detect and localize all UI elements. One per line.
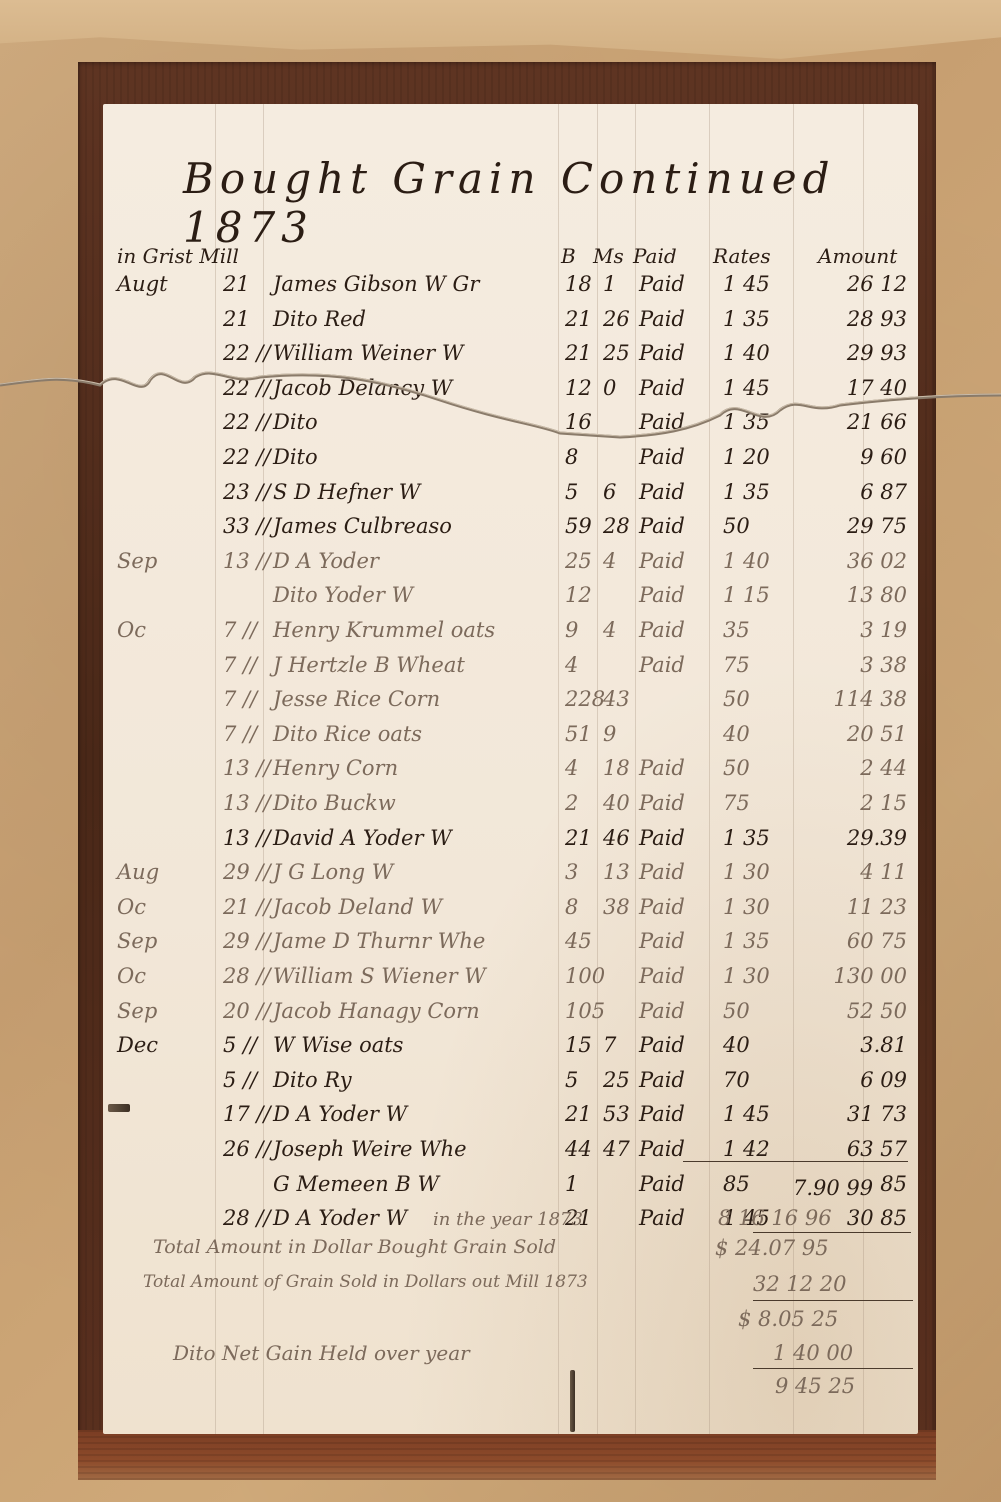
entry-amount: 3.81 bbox=[799, 1033, 907, 1057]
ledger-row: 22 //Dito16Paid1 3521 66 bbox=[103, 410, 918, 444]
entry-pounds: 0 bbox=[603, 376, 616, 400]
entry-paid-status: Paid bbox=[639, 307, 685, 331]
entry-day: 7 // bbox=[223, 653, 257, 677]
entry-day: 17 // bbox=[223, 1102, 271, 1126]
entry-bushels: 21 bbox=[565, 341, 592, 365]
entry-day: 22 // bbox=[223, 341, 271, 365]
entry-amount: 52 50 bbox=[799, 999, 907, 1023]
entry-bushels: 4 bbox=[565, 756, 578, 780]
entry-name: J G Long W bbox=[273, 860, 393, 884]
subtotal-2: 8 16 16 96 bbox=[718, 1206, 832, 1230]
entry-name: D A Yoder W bbox=[273, 1102, 407, 1126]
entry-paid-status: Paid bbox=[639, 1172, 685, 1196]
entry-name: William Weiner W bbox=[273, 341, 463, 365]
ledger-row: 33 //James Culbreaso5928Paid5029 75 bbox=[103, 514, 918, 548]
entry-bushels: 21 bbox=[565, 1102, 592, 1126]
entry-pounds: 13 bbox=[603, 860, 630, 884]
ledger-row: 13 //Henry Corn418Paid502 44 bbox=[103, 756, 918, 790]
column-header-pounds: Ms bbox=[593, 244, 624, 268]
entry-rate: 1 30 bbox=[723, 860, 770, 884]
entry-amount: 9 60 bbox=[799, 445, 907, 469]
entry-bushels: 45 bbox=[565, 929, 592, 953]
entry-paid-status: Paid bbox=[639, 514, 685, 538]
entry-rate: 40 bbox=[723, 1033, 750, 1057]
entry-name: Dito Rice oats bbox=[273, 722, 422, 746]
column-header-amount: Amount bbox=[818, 244, 897, 268]
entry-name: Dito Red bbox=[273, 307, 366, 331]
entry-rate: 75 bbox=[723, 791, 750, 815]
entry-paid-status: Paid bbox=[639, 756, 685, 780]
entry-rate: 1 42 bbox=[723, 1137, 770, 1161]
entry-name: D A Yoder bbox=[273, 549, 379, 573]
entry-pounds: 7 bbox=[603, 1033, 616, 1057]
entry-bushels: 5 bbox=[565, 1068, 578, 1092]
entry-bushels: 12 bbox=[565, 583, 592, 607]
nail bbox=[108, 1104, 130, 1112]
entry-bushels: 9 bbox=[565, 618, 578, 642]
entry-bushels: 8 bbox=[565, 445, 578, 469]
entry-name: Henry Krummel oats bbox=[273, 618, 495, 642]
entry-paid-status: Paid bbox=[639, 1068, 685, 1092]
ledger-row: 17 //D A Yoder W2153Paid1 4531 73 bbox=[103, 1102, 918, 1136]
entry-rate: 1 45 bbox=[723, 1102, 770, 1126]
entry-amount: 36 02 bbox=[799, 549, 907, 573]
entry-amount: 26 12 bbox=[799, 272, 907, 296]
entry-pounds: 28 bbox=[603, 514, 630, 538]
entry-amount: 13 80 bbox=[799, 583, 907, 607]
ledger-page: Bought Grain Continued 1873 in Grist Mil… bbox=[103, 104, 918, 1434]
entry-month: Sep bbox=[117, 999, 157, 1023]
entry-day: 21 // bbox=[223, 895, 271, 919]
entry-rate: 1 35 bbox=[723, 307, 770, 331]
entry-bushels: 2 bbox=[565, 791, 578, 815]
entry-pounds: 26 bbox=[603, 307, 630, 331]
entry-amount: 3 38 bbox=[799, 653, 907, 677]
ledger-row: Oc7 //Henry Krummel oats94Paid353 19 bbox=[103, 618, 918, 652]
entry-name: Dito Ry bbox=[273, 1068, 352, 1092]
entry-bushels: 16 bbox=[565, 410, 592, 434]
entry-amount: 17 40 bbox=[799, 376, 907, 400]
entry-rate: 1 35 bbox=[723, 826, 770, 850]
entry-bushels: 25 bbox=[565, 549, 592, 573]
entry-paid-status: Paid bbox=[639, 272, 685, 296]
entry-amount: 29 93 bbox=[799, 341, 907, 365]
subtotal-1: 7.90 99 bbox=[793, 1176, 873, 1200]
ledger-row: 13 //David A Yoder W2146Paid1 3529.39 bbox=[103, 826, 918, 860]
entry-rate: 85 bbox=[723, 1172, 750, 1196]
entry-pounds: 4 bbox=[603, 618, 616, 642]
entry-bushels: 44 bbox=[565, 1137, 592, 1161]
entry-rate: 50 bbox=[723, 756, 750, 780]
entry-rate: 1 35 bbox=[723, 480, 770, 504]
total-bought-label: Total Amount in Dollar Bought Grain Sold bbox=[153, 1236, 556, 1258]
ledger-row: Dito Yoder W12Paid1 1513 80 bbox=[103, 583, 918, 617]
column-header-rates: Rates bbox=[713, 244, 771, 268]
entry-amount: 29 75 bbox=[799, 514, 907, 538]
ledger-row: 13 //Dito Buckw240Paid752 15 bbox=[103, 791, 918, 825]
entry-rate: 1 35 bbox=[723, 929, 770, 953]
entry-day: 5 // bbox=[223, 1033, 257, 1057]
entry-amount: 114 38 bbox=[799, 687, 907, 711]
ledger-row: Dec5 //W Wise oats157Paid403.81 bbox=[103, 1033, 918, 1067]
entry-month: Aug bbox=[117, 860, 159, 884]
ledger-row: 21Dito Red2126Paid1 3528 93 bbox=[103, 307, 918, 341]
entry-bushels: 59 bbox=[565, 514, 592, 538]
ledger-row: Sep29 //Jame D Thurnr Whe45Paid1 3560 75 bbox=[103, 929, 918, 963]
year-note: in the year 1873 bbox=[433, 1209, 583, 1230]
ledger-row: Augt21James Gibson W Gr181Paid1 4526 12 bbox=[103, 272, 918, 306]
entry-day: 13 // bbox=[223, 791, 271, 815]
entry-paid-status: Paid bbox=[639, 1033, 685, 1057]
entry-pounds: 46 bbox=[603, 826, 630, 850]
frame-bottom-rail bbox=[78, 1430, 936, 1480]
final-value: 9 45 25 bbox=[775, 1374, 855, 1398]
entry-day: 28 // bbox=[223, 964, 271, 988]
entry-amount: 3 19 bbox=[799, 618, 907, 642]
entry-paid-status: Paid bbox=[639, 1102, 685, 1126]
ledger-row: 7 //Dito Rice oats5194020 51 bbox=[103, 722, 918, 756]
entry-rate: 1 30 bbox=[723, 964, 770, 988]
entry-name: Jacob Deland W bbox=[273, 895, 442, 919]
entry-bushels: 15 bbox=[565, 1033, 592, 1057]
column-header-paid: Paid bbox=[633, 244, 677, 268]
entry-paid-status: Paid bbox=[639, 410, 685, 434]
entry-day: 7 // bbox=[223, 687, 257, 711]
ledger-row: 7 //Jesse Rice Corn2284350114 38 bbox=[103, 687, 918, 721]
entry-month: Oc bbox=[117, 895, 146, 919]
entry-name: D A Yoder W bbox=[273, 1206, 407, 1230]
ledger-row: 22 //Jacob Delancy W120Paid1 4517 40 bbox=[103, 376, 918, 410]
entry-paid-status: Paid bbox=[639, 376, 685, 400]
entry-amount: 2 15 bbox=[799, 791, 907, 815]
entry-paid-status: Paid bbox=[639, 1137, 685, 1161]
entry-day: 33 // bbox=[223, 514, 271, 538]
entry-amount: 28 93 bbox=[799, 307, 907, 331]
ledger-row: Oc28 //William S Wiener W100Paid1 30130 … bbox=[103, 964, 918, 998]
entry-amount: 11 23 bbox=[799, 895, 907, 919]
entry-name: Henry Corn bbox=[273, 756, 398, 780]
entry-bushels: 105 bbox=[565, 999, 605, 1023]
entry-rate: 1 40 bbox=[723, 341, 770, 365]
total-bought-value: $ 24.07 95 bbox=[715, 1236, 829, 1260]
entry-bushels: 8 bbox=[565, 895, 578, 919]
entry-day: 13 // bbox=[223, 826, 271, 850]
entry-bushels: 12 bbox=[565, 376, 592, 400]
entry-name: S D Hefner W bbox=[273, 480, 420, 504]
entry-bushels: 5 bbox=[565, 480, 578, 504]
entry-month: Augt bbox=[117, 272, 168, 296]
entry-pounds: 9 bbox=[603, 722, 616, 746]
entry-day: 20 // bbox=[223, 999, 271, 1023]
entry-paid-status: Paid bbox=[639, 445, 685, 469]
entry-day: 29 // bbox=[223, 929, 271, 953]
entry-name: Dito Buckw bbox=[273, 791, 396, 815]
entry-amount: 2 44 bbox=[799, 756, 907, 780]
entry-amount: 6 87 bbox=[799, 480, 907, 504]
ledger-row: Sep20 //Jacob Hanagy Corn105Paid5052 50 bbox=[103, 999, 918, 1033]
entry-name: James Culbreaso bbox=[273, 514, 452, 538]
ledger-row: 23 //S D Hefner W56Paid1 356 87 bbox=[103, 480, 918, 514]
entry-rate: 50 bbox=[723, 999, 750, 1023]
entry-rate: 1 35 bbox=[723, 410, 770, 434]
entry-rate: 50 bbox=[723, 687, 750, 711]
entry-rate: 1 15 bbox=[723, 583, 770, 607]
entry-day: 28 // bbox=[223, 1206, 271, 1230]
total-rule bbox=[753, 1300, 913, 1301]
entry-name: J Hertzle B Wheat bbox=[273, 653, 465, 677]
ledger-row: Aug29 //J G Long W313Paid1 304 11 bbox=[103, 860, 918, 894]
entry-name: Jacob Delancy W bbox=[273, 376, 452, 400]
entry-day: 21 bbox=[223, 307, 250, 331]
entry-pounds: 53 bbox=[603, 1102, 630, 1126]
entry-name: Dito Yoder W bbox=[273, 583, 413, 607]
entry-paid-status: Paid bbox=[639, 549, 685, 573]
entry-month: Oc bbox=[117, 618, 146, 642]
ledger-row: Sep13 //D A Yoder254Paid1 4036 02 bbox=[103, 549, 918, 583]
entry-name: G Memeen B W bbox=[273, 1172, 439, 1196]
entry-rate: 40 bbox=[723, 722, 750, 746]
entry-bushels: 228 bbox=[565, 687, 605, 711]
net-gain-label: Dito Net Gain Held over year bbox=[173, 1341, 470, 1365]
entry-bushels: 100 bbox=[565, 964, 605, 988]
ledger-row: 22 //William Weiner W2125Paid1 4029 93 bbox=[103, 341, 918, 375]
difference-value: $ 8.05 25 bbox=[738, 1307, 838, 1331]
entry-day: 5 // bbox=[223, 1068, 257, 1092]
entry-rate: 50 bbox=[723, 514, 750, 538]
entry-pounds: 1 bbox=[603, 272, 616, 296]
entry-name: William S Wiener W bbox=[273, 964, 486, 988]
entry-day: 21 bbox=[223, 272, 250, 296]
entry-pounds: 25 bbox=[603, 341, 630, 365]
entry-paid-status: Paid bbox=[639, 653, 685, 677]
entry-day: 22 // bbox=[223, 376, 271, 400]
entry-rate: 1 40 bbox=[723, 549, 770, 573]
entry-name: W Wise oats bbox=[273, 1033, 403, 1057]
entry-name: Jesse Rice Corn bbox=[273, 687, 440, 711]
entry-paid-status: Paid bbox=[639, 999, 685, 1023]
entry-day: 23 // bbox=[223, 480, 271, 504]
column-header-bushels: B bbox=[561, 244, 576, 268]
entry-name: Joseph Weire Whe bbox=[273, 1137, 467, 1161]
entry-rate: 35 bbox=[723, 618, 750, 642]
entry-paid-status: Paid bbox=[639, 1206, 685, 1230]
entry-amount: 20 51 bbox=[799, 722, 907, 746]
entry-day: 29 // bbox=[223, 860, 271, 884]
nail bbox=[570, 1370, 575, 1432]
entry-bushels: 4 bbox=[565, 653, 578, 677]
ledger-row: 26 //Joseph Weire Whe4447Paid1 4263 57 bbox=[103, 1137, 918, 1171]
entry-paid-status: Paid bbox=[639, 929, 685, 953]
entry-bushels: 3 bbox=[565, 860, 578, 884]
entry-name: Dito bbox=[273, 410, 318, 434]
entry-bushels: 18 bbox=[565, 272, 592, 296]
entry-month: Dec bbox=[117, 1033, 158, 1057]
section-label: in Grist Mill bbox=[117, 244, 239, 268]
entry-rate: 1 45 bbox=[723, 376, 770, 400]
entry-rate: 70 bbox=[723, 1068, 750, 1092]
entry-amount: 4 11 bbox=[799, 860, 907, 884]
entry-day: 7 // bbox=[223, 618, 257, 642]
entry-name: James Gibson W Gr bbox=[273, 272, 479, 296]
entry-pounds: 25 bbox=[603, 1068, 630, 1092]
entry-bushels: 21 bbox=[565, 826, 592, 850]
entry-rate: 1 20 bbox=[723, 445, 770, 469]
entry-day: 22 // bbox=[223, 445, 271, 469]
entry-month: Sep bbox=[117, 549, 157, 573]
entry-pounds: 43 bbox=[603, 687, 630, 711]
entry-bushels: 51 bbox=[565, 722, 592, 746]
entry-bushels: 1 bbox=[565, 1172, 578, 1196]
entry-name: David A Yoder W bbox=[273, 826, 452, 850]
entry-name: Jame D Thurnr Whe bbox=[273, 929, 485, 953]
entry-day: 26 // bbox=[223, 1137, 271, 1161]
ledger-row: 7 //J Hertzle B Wheat4Paid753 38 bbox=[103, 653, 918, 687]
entry-paid-status: Paid bbox=[639, 791, 685, 815]
entry-pounds: 38 bbox=[603, 895, 630, 919]
entry-pounds: 40 bbox=[603, 791, 630, 815]
entry-amount: 63 57 bbox=[799, 1137, 907, 1161]
total-sold-value: 32 12 20 bbox=[753, 1272, 847, 1296]
ledger-row: 5 //Dito Ry525Paid706 09 bbox=[103, 1068, 918, 1102]
entry-rate: 1 30 bbox=[723, 895, 770, 919]
entry-pounds: 4 bbox=[603, 549, 616, 573]
entry-rate: 1 45 bbox=[723, 272, 770, 296]
entry-amount: 60 75 bbox=[799, 929, 907, 953]
entry-paid-status: Paid bbox=[639, 860, 685, 884]
entry-pounds: 47 bbox=[603, 1137, 630, 1161]
entry-pounds: 18 bbox=[603, 756, 630, 780]
entry-bushels: 21 bbox=[565, 307, 592, 331]
entry-paid-status: Paid bbox=[639, 341, 685, 365]
entry-name: Dito bbox=[273, 445, 318, 469]
entry-pounds: 6 bbox=[603, 480, 616, 504]
entry-name: Jacob Hanagy Corn bbox=[273, 999, 480, 1023]
entry-day: 13 // bbox=[223, 756, 271, 780]
entry-day: 13 // bbox=[223, 549, 271, 573]
entry-rate: 75 bbox=[723, 653, 750, 677]
total-rule bbox=[683, 1161, 908, 1162]
page-title: Bought Grain Continued 1873 bbox=[183, 154, 918, 252]
entry-amount: 6 09 bbox=[799, 1068, 907, 1092]
entry-paid-status: Paid bbox=[639, 618, 685, 642]
net-gain-value: 1 40 00 bbox=[773, 1341, 853, 1365]
entry-amount: 31 73 bbox=[799, 1102, 907, 1126]
total-sold-label: Total Amount of Grain Sold in Dollars ou… bbox=[143, 1272, 588, 1292]
entry-amount: 21 66 bbox=[799, 410, 907, 434]
entry-amount: 29.39 bbox=[799, 826, 907, 850]
entry-month: Oc bbox=[117, 964, 146, 988]
entry-paid-status: Paid bbox=[639, 826, 685, 850]
ledger-row: 22 //Dito8Paid1 209 60 bbox=[103, 445, 918, 479]
entry-day: 22 // bbox=[223, 410, 271, 434]
ledger-row: Oc21 //Jacob Deland W838Paid1 3011 23 bbox=[103, 895, 918, 929]
entry-day: 7 // bbox=[223, 722, 257, 746]
entry-paid-status: Paid bbox=[639, 964, 685, 988]
entry-paid-status: Paid bbox=[639, 583, 685, 607]
entry-amount: 130 00 bbox=[799, 964, 907, 988]
entry-paid-status: Paid bbox=[639, 895, 685, 919]
entry-paid-status: Paid bbox=[639, 480, 685, 504]
total-rule bbox=[753, 1232, 911, 1233]
entry-month: Sep bbox=[117, 929, 157, 953]
total-rule bbox=[753, 1368, 913, 1369]
